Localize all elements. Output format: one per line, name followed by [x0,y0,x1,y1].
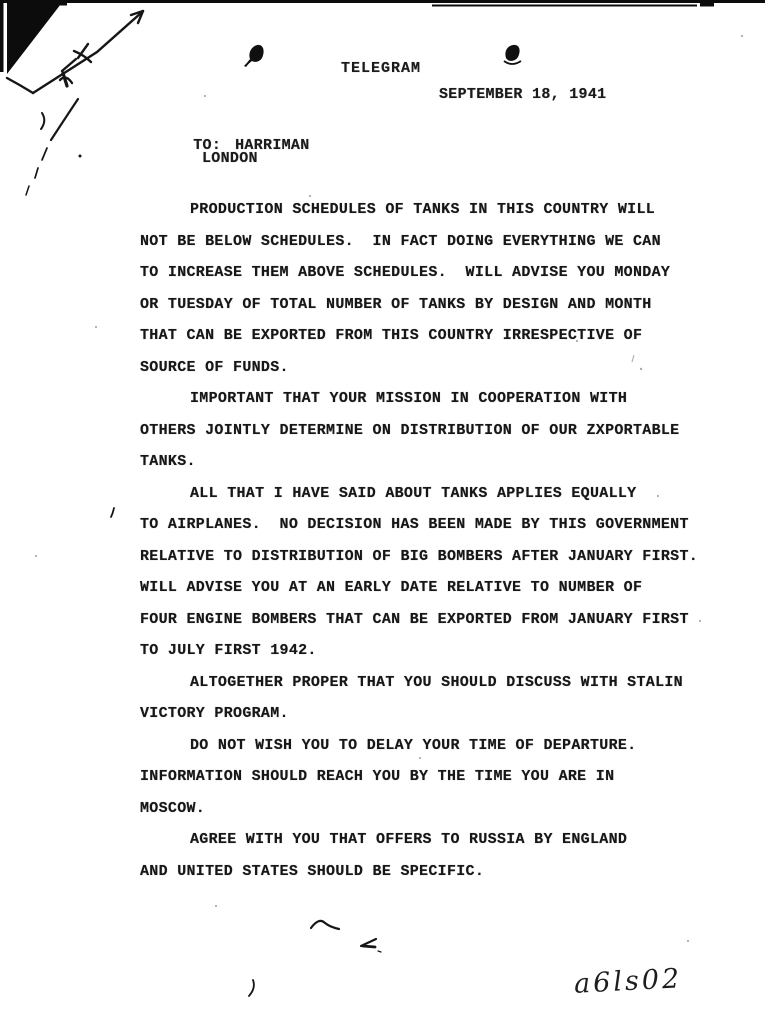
scan-corner-fold-icon [0,0,64,74]
scan-edge-strip-icon [0,0,765,7]
telegram-line: AND UNITED STATES SHOULD BE SPECIFIC. [140,856,720,888]
telegram-line: NOT BE BELOW SCHEDULES. IN FACT DOING EV… [140,226,720,258]
telegram-line: OR TUESDAY OF TOTAL NUMBER OF TANKS BY D… [140,289,720,321]
telegram-line: VICTORY PROGRAM. [140,698,720,730]
telegram-paragraph: IMPORTANT THAT YOUR MISSION IN COOPERATI… [140,383,720,478]
telegram-line: WILL ADVISE YOU AT AN EARLY DATE RELATIV… [140,572,720,604]
telegram-line: TO JULY FIRST 1942. [140,635,720,667]
telegram-body: PRODUCTION SCHEDULES OF TANKS IN THIS CO… [140,194,720,887]
telegram-line: FOUR ENGINE BOMBERS THAT CAN BE EXPORTED… [140,604,720,636]
telegram-line: ALTOGETHER PROPER THAT YOU SHOULD DISCUS… [140,667,720,699]
pen-squiggle-icon [249,921,381,996]
telegram-paragraph: PRODUCTION SCHEDULES OF TANKS IN THIS CO… [140,194,720,383]
telegram-line: RELATIVE TO DISTRIBUTION OF BIG BOMBERS … [140,541,720,573]
recipient-location: LONDON [202,150,258,167]
telegram-document-page: TELEGRAM SEPTEMBER 18, 1941 TO:HARRIMAN … [0,0,765,1028]
telegram-line: THAT CAN BE EXPORTED FROM THIS COUNTRY I… [140,320,720,352]
archive-code-handwriting: a6ls02 [573,963,683,1000]
telegram-line: AGREE WITH YOU THAT OFFERS TO RUSSIA BY … [140,824,720,856]
telegram-line: OTHERS JOINTLY DETERMINE ON DISTRIBUTION… [140,415,720,447]
telegram-line: IMPORTANT THAT YOUR MISSION IN COOPERATI… [140,383,720,415]
telegram-paragraph: ALTOGETHER PROPER THAT YOU SHOULD DISCUS… [140,667,720,730]
telegram-line: MOSCOW. [140,793,720,825]
telegram-line: PRODUCTION SCHEDULES OF TANKS IN THIS CO… [140,194,720,226]
pen-scribble-icon [7,11,143,517]
telegram-paragraph: AGREE WITH YOU THAT OFFERS TO RUSSIA BY … [140,824,720,887]
document-title: TELEGRAM [341,60,421,77]
telegram-line: TO AIRPLANES. NO DECISION HAS BEEN MADE … [140,509,720,541]
document-date: SEPTEMBER 18, 1941 [439,86,606,103]
telegram-line: SOURCE OF FUNDS. [140,352,720,384]
telegram-line: TANKS. [140,446,720,478]
telegram-line: ALL THAT I HAVE SAID ABOUT TANKS APPLIES… [140,478,720,510]
telegram-line: DO NOT WISH YOU TO DELAY YOUR TIME OF DE… [140,730,720,762]
telegram-line: INFORMATION SHOULD REACH YOU BY THE TIME… [140,761,720,793]
telegram-paragraph: ALL THAT I HAVE SAID ABOUT TANKS APPLIES… [140,478,720,667]
telegram-paragraph: DO NOT WISH YOU TO DELAY YOUR TIME OF DE… [140,730,720,825]
telegram-line: TO INCREASE THEM ABOVE SCHEDULES. WILL A… [140,257,720,289]
